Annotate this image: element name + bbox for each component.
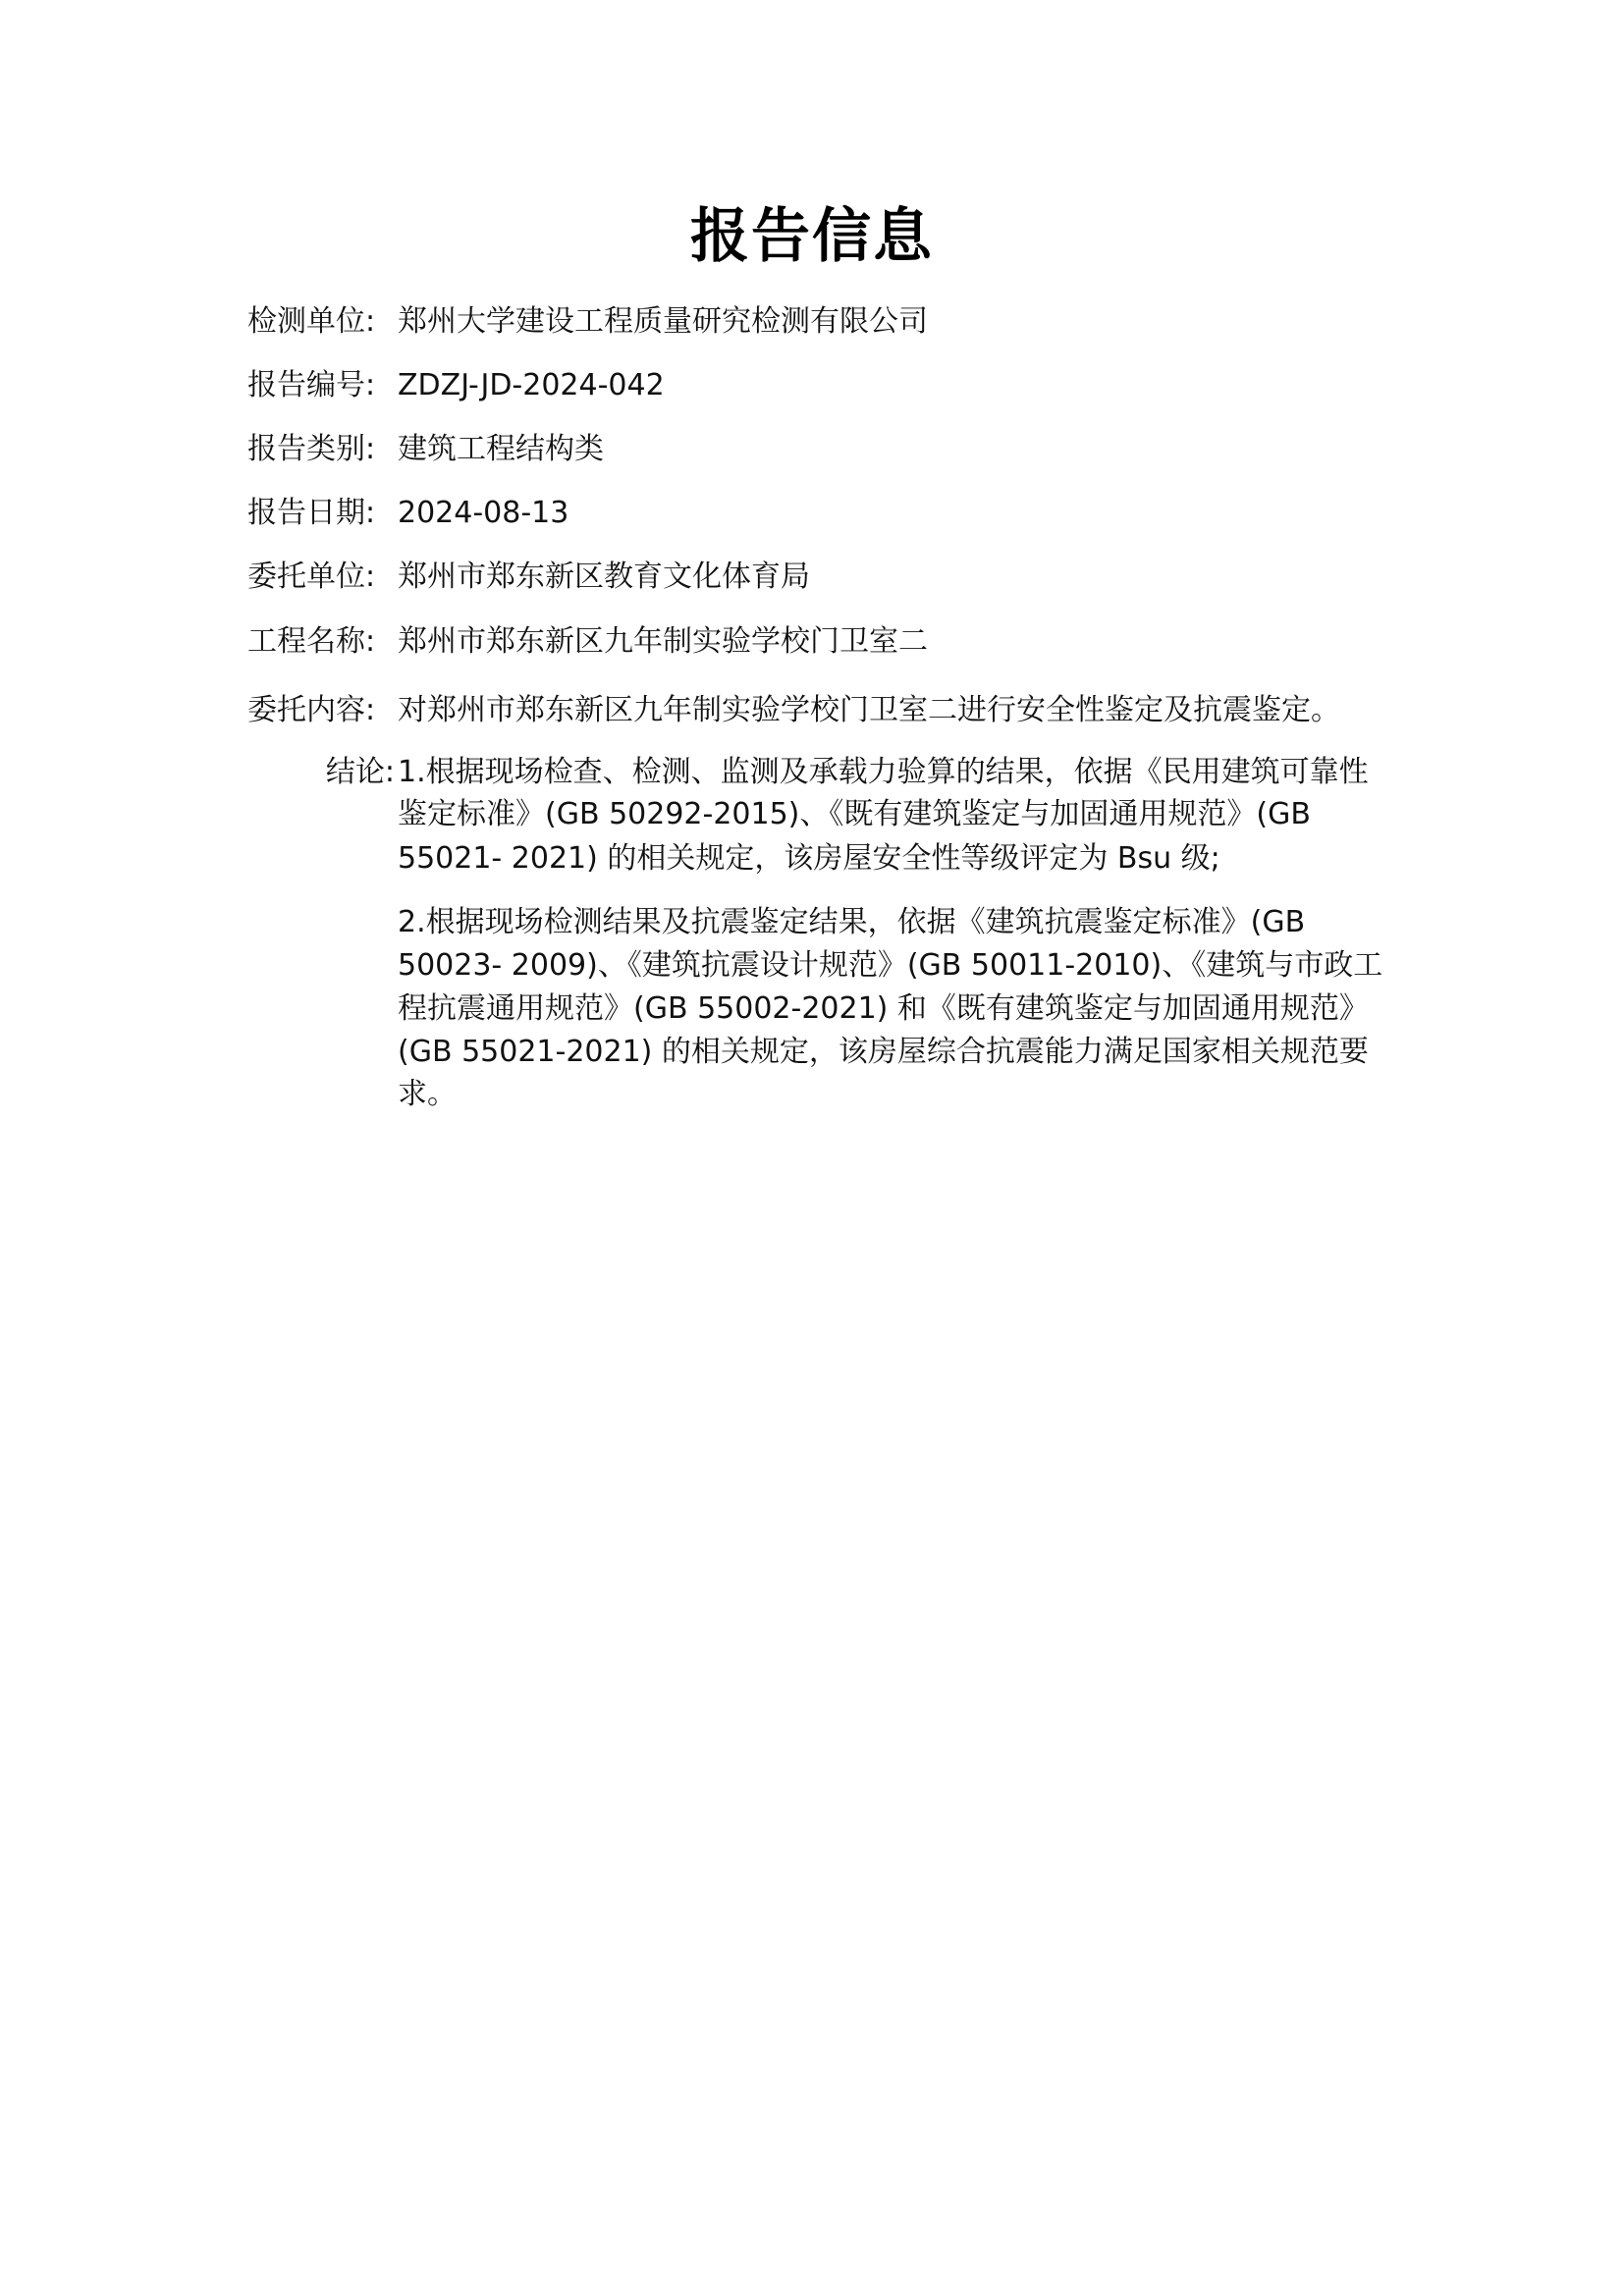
field-label: 检测单位: xyxy=(247,304,395,340)
field-value: 郑州大学建设工程质量研究检测有限公司 xyxy=(398,304,928,340)
conclusion-label: 结论: xyxy=(247,755,395,790)
field-label: 报告类别: xyxy=(247,432,395,467)
field-value: 对郑州市郑东新区九年制实验学校门卫室二进行安全性鉴定及抗震鉴定。 xyxy=(398,693,1340,728)
field-value: 郑州市郑东新区教育文化体育局 xyxy=(398,560,810,595)
field-label: 报告编号: xyxy=(247,368,395,403)
paragraph-line: 求。 xyxy=(398,1077,457,1112)
field-label: 委托单位: xyxy=(247,560,395,595)
field-value: 2024-08-13 xyxy=(398,496,568,531)
paragraph-line: 50023- 2009)、《建筑抗震设计规范》(GB 50011-2010)、《… xyxy=(398,948,1382,984)
paragraph-line: 1.根据现场检查、检测、监测及承载力验算的结果，依据《民用建筑可靠性 xyxy=(398,755,1369,790)
page-title: 报告信息 xyxy=(0,202,1624,271)
paragraph-line: 程抗震通用规范》(GB 55002-2021) 和《既有建筑鉴定与加固通用规范》 xyxy=(398,991,1369,1027)
paragraph-line: 鉴定标准》(GB 50292-2015)、《既有建筑鉴定与加固通用规范》(GB xyxy=(398,797,1311,832)
paragraph-line: 55021- 2021) 的相关规定，该房屋安全性等级评定为 Bsu 级; xyxy=(398,841,1220,877)
paragraph-line: 2.根据现场检测结果及抗震鉴定结果，依据《建筑抗震鉴定标准》(GB xyxy=(398,905,1305,940)
paragraph-line: (GB 55021-2021) 的相关规定，该房屋综合抗震能力满足国家相关规范要 xyxy=(398,1035,1369,1070)
field-value: 郑州市郑东新区九年制实验学校门卫室二 xyxy=(398,624,928,660)
field-label: 报告日期: xyxy=(247,496,395,531)
field-label: 工程名称: xyxy=(247,624,395,660)
field-label: 委托内容: xyxy=(247,693,395,728)
field-value: ZDZJ-JD-2024-042 xyxy=(398,368,665,403)
field-value: 建筑工程结构类 xyxy=(398,432,604,467)
